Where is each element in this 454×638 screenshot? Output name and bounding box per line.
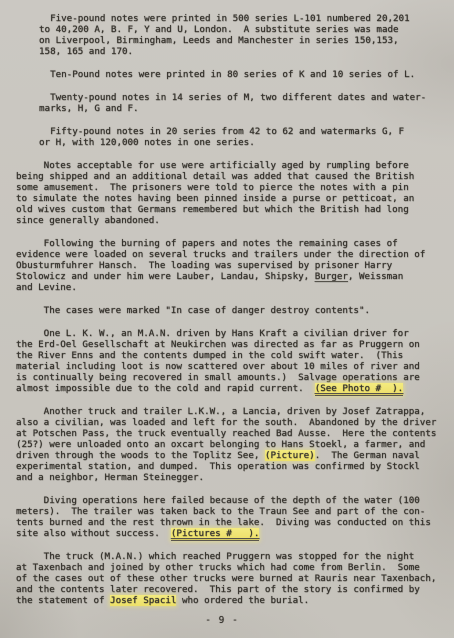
para-five-pound-notes: Five-pound notes were printed in 500 ser…	[39, 13, 436, 57]
para-ten-pound-notes: Ten-Pound notes were printed in 80 serie…	[39, 69, 436, 80]
highlighted-underlined-text: (Pictures # ).	[171, 528, 260, 541]
para-cases-marked: The cases were marked "In case of danger…	[16, 305, 436, 316]
para-loading-of-cases: Following the burning of papers and note…	[16, 238, 436, 293]
text-segment: Twenty-pound notes in 14 series of M, tw…	[39, 92, 426, 114]
text-segment: Notes acceptable for use were artificial…	[16, 160, 414, 226]
text-segment: Ten-Pound notes were printed in 80 serie…	[39, 69, 415, 80]
text-segment: who ordered the burial.	[176, 595, 309, 606]
text-segment: Five-pound notes were printed in 500 ser…	[39, 13, 410, 57]
para-man-truck-taxenbach: The truck (M.A.N.) which reached Prugger…	[16, 551, 436, 606]
highlighted-text: (Picture)	[265, 450, 315, 461]
page-number: - 9 -	[0, 615, 444, 626]
underlined-text: Burger	[315, 271, 348, 282]
text-segment: The cases were marked "In case of danger…	[16, 305, 370, 316]
document-body: Five-pound notes were printed in 500 ser…	[16, 13, 436, 618]
text-segment: Fifty-pound notes in 20 series from 42 t…	[39, 126, 404, 148]
document-page: Five-pound notes were printed in 500 ser…	[0, 0, 454, 638]
highlighted-text: Josef Spacil	[110, 595, 176, 606]
para-artificial-aging: Notes acceptable for use were artificial…	[16, 160, 436, 226]
para-twenty-pound-notes: Twenty-pound notes in 14 series of M, tw…	[39, 92, 436, 114]
para-fifty-pound-notes: Fifty-pound notes in 20 series from 42 t…	[39, 126, 436, 148]
highlighted-underlined-text: (See Photo # ).	[315, 383, 404, 396]
para-lancia-toplitz-see: Another truck and trailer L.K.W., a Lanc…	[16, 406, 436, 483]
para-diving-operations: Diving operations here failed because of…	[16, 495, 436, 539]
para-man-truck-river-enns: One L. K. W., an M.A.N. driven by Hans K…	[16, 328, 436, 394]
